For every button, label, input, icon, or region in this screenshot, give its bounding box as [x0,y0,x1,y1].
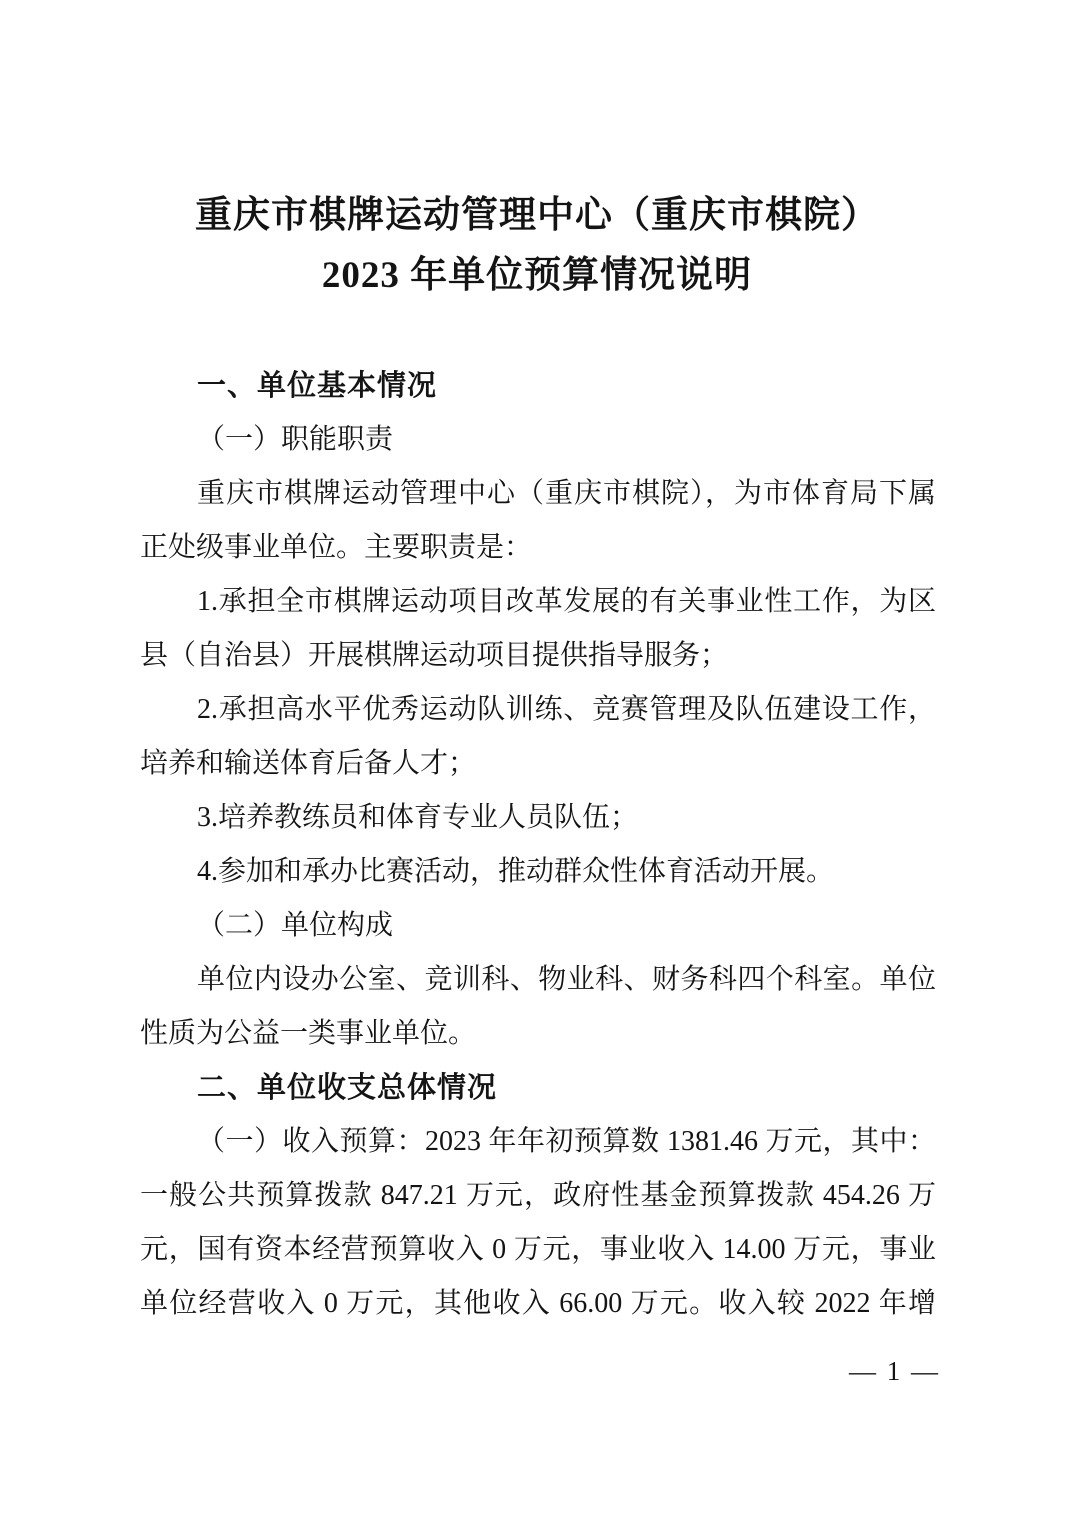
title-line-1: 重庆市棋牌运动管理中心（重庆市棋院） [0,186,1074,246]
section-heading: 二、单位收支总体情况 [140,1061,936,1115]
document-page: 重庆市棋牌运动管理中心（重庆市棋院） 2023 年单位预算情况说明 一、单位基本… [0,0,1074,1520]
text-line: 元，国有资本经营预算收入 0 万元，事业收入 14.00 万元，事业 [140,1223,936,1277]
text-line: 3.培养教练员和体育专业人员队伍； [140,791,936,845]
text-line: 一般公共预算拨款 847.21 万元，政府性基金预算拨款 454.26 万 [140,1169,936,1223]
text-line: 培养和输送体育后备人才； [140,737,936,791]
text-line: 重庆市棋牌运动管理中心（重庆市棋院），为市体育局下属 [140,467,936,521]
text-line: 4.参加和承办比赛活动，推动群众性体育活动开展。 [140,845,936,899]
document-title: 重庆市棋牌运动管理中心（重庆市棋院） 2023 年单位预算情况说明 [0,186,1074,306]
text-line: 2.承担高水平优秀运动队训练、竞赛管理及队伍建设工作， [140,683,936,737]
subsection-heading: （二）单位构成 [140,899,936,953]
text-line: 单位经营收入 0 万元，其他收入 66.00 万元。收入较 2022 年增 [140,1277,936,1331]
text-line: 单位内设办公室、竞训科、物业科、财务科四个科室。单位 [140,953,936,1007]
text-line: 正处级事业单位。主要职责是： [140,521,936,575]
page-number: — 1 — [849,1356,940,1387]
title-line-2: 2023 年单位预算情况说明 [0,246,1074,306]
text-line: （一）收入预算：2023 年年初预算数 1381.46 万元，其中： [140,1115,936,1169]
subsection-heading: （一）职能职责 [140,413,936,467]
text-line: 县（自治县）开展棋牌运动项目提供指导服务； [140,629,936,683]
document-body: 一、单位基本情况 （一）职能职责 重庆市棋牌运动管理中心（重庆市棋院），为市体育… [140,359,936,1331]
text-line: 1.承担全市棋牌运动项目改革发展的有关事业性工作，为区 [140,575,936,629]
text-line: 性质为公益一类事业单位。 [140,1007,936,1061]
section-heading: 一、单位基本情况 [140,359,936,413]
